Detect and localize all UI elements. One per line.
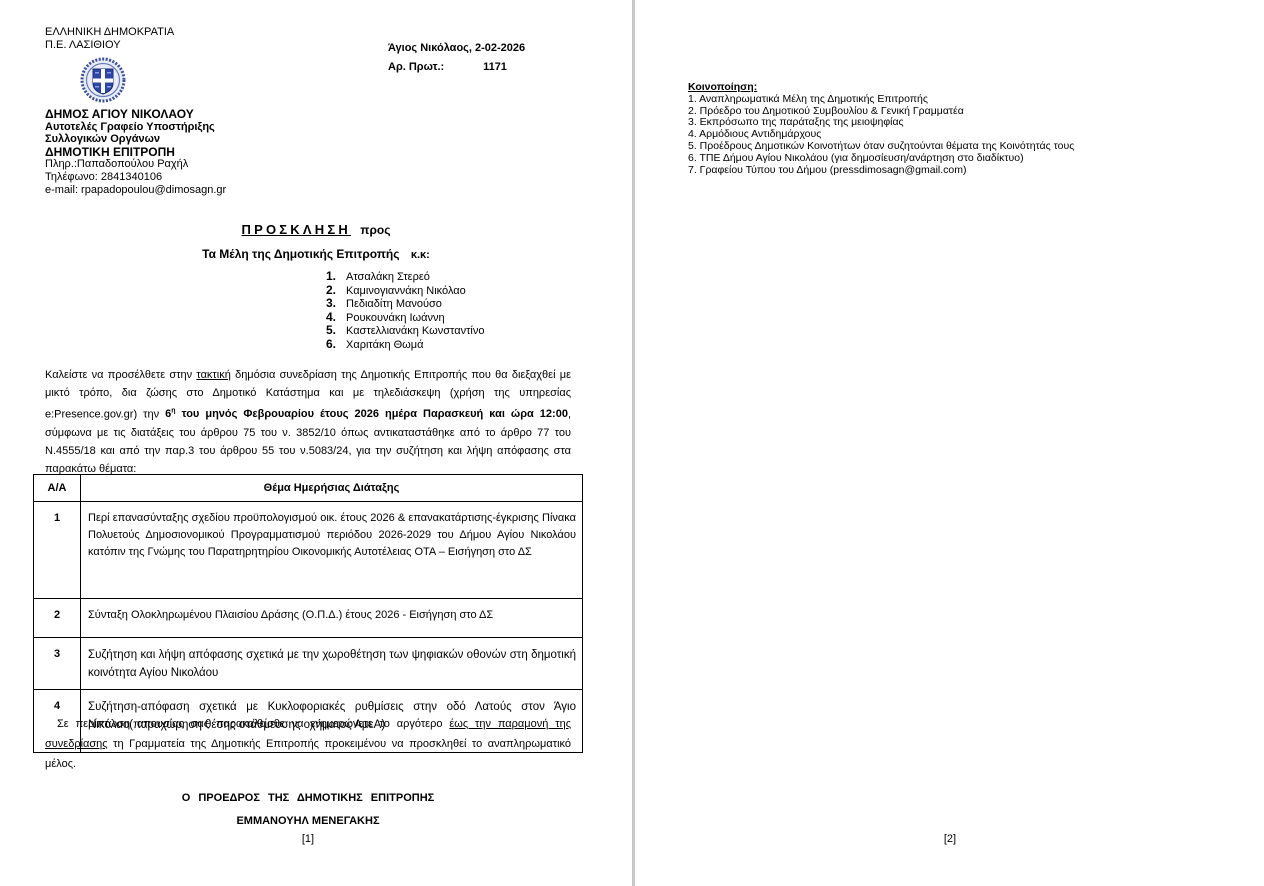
notification-item: 5. Προέδρους Δημοτικών Κοινοτήτων όταν σ… bbox=[688, 141, 1074, 153]
recipients-heading-text: Τα Μέλη της Δημοτικής Επιτροπής bbox=[202, 247, 399, 261]
contact-person: Πληρ.:Παπαδοπούλου Ραχήλ bbox=[45, 158, 226, 171]
state-header: ΕΛΛΗΝΙΚΗ ΔΗΜΟΚΡΑΤΙΑ Π.Ε. ΛΑΣΙΘΙΟΥ bbox=[45, 26, 174, 51]
page-number: [2] bbox=[635, 833, 1264, 845]
greek-coat-of-arms-icon bbox=[80, 57, 126, 103]
document-title: ΠΡΟΣΚΛΗΣΗ προς bbox=[0, 222, 632, 237]
agenda-item-subject: Συζήτηση και λήψη απόφασης σχετικά με τη… bbox=[81, 638, 583, 690]
closing-paragraph: Σε περίπτωση απουσίας σας παρακαλείσθε ν… bbox=[45, 714, 571, 774]
agenda-row: 3Συζήτηση και λήψη απόφασης σχετικά με τ… bbox=[34, 638, 583, 690]
notification-item: 6. ΤΠΕ Δήμου Αγίου Νικολάου (για δημοσίε… bbox=[688, 153, 1074, 165]
recipients-suffix: κ.κ: bbox=[411, 249, 430, 261]
agenda-item-number: 3 bbox=[34, 638, 81, 690]
member-name: Καμινογιαννάκη Νικόλαο bbox=[346, 285, 466, 297]
member-item: 3.Πεδιαδίτη Μανούσο bbox=[326, 296, 484, 310]
office-name-cont: Συλλογικών Οργάνων bbox=[45, 133, 226, 146]
member-number: 2. bbox=[326, 283, 346, 297]
member-number: 6. bbox=[326, 337, 346, 351]
member-item: 6.Χαριτάκη Θωμά bbox=[326, 337, 484, 351]
phone: Τηλέφωνο: 2841340106 bbox=[45, 171, 226, 184]
member-item: 4.Ρουκουνάκη Ιωάννη bbox=[326, 310, 484, 324]
member-item: 2.Καμινογιαννάκη Νικόλαο bbox=[326, 283, 484, 297]
place-date: Άγιος Νικόλαος, 2-02-2026 bbox=[388, 42, 525, 61]
office-name: Αυτοτελές Γραφείο Υποστήριξης bbox=[45, 121, 226, 134]
member-item: 5.Καστελλιανάκη Κωνσταντίνο bbox=[326, 323, 484, 337]
agenda-item-number: 2 bbox=[34, 599, 81, 638]
agenda-item-number: 1 bbox=[34, 502, 81, 599]
municipality-name: ΔΗΜΟΣ ΑΓΙΟΥ ΝΙΚΟΛΑΟΥ bbox=[45, 108, 226, 121]
meeting-date: 6η του μηνός Φεβρουαρίου έτους 2026 ημέρ… bbox=[165, 408, 568, 420]
signature-name: ΕΜΜΑΝΟΥΗΛ ΜΕΝΕΓΑΚΗΣ bbox=[0, 815, 616, 827]
member-number: 3. bbox=[326, 296, 346, 310]
agenda-item-subject: Περί επανασύνταξης σχεδίου προϋπολογισμο… bbox=[81, 502, 583, 599]
title-main: ΠΡΟΣΚΛΗΣΗ bbox=[242, 222, 351, 237]
header-line: ΕΛΛΗΝΙΚΗ ΔΗΜΟΚΡΑΤΙΑ bbox=[45, 26, 174, 39]
agenda-table: Α/Α Θέμα Ημερήσιας Διάταξης 1Περί επανασ… bbox=[33, 474, 583, 753]
date-protocol-block: Άγιος Νικόλαος, 2-02-2026 Αρ. Πρωτ.: 117… bbox=[388, 42, 525, 80]
member-name: Ρουκουνάκη Ιωάννη bbox=[346, 312, 445, 324]
organization-block: ΔΗΜΟΣ ΑΓΙΟΥ ΝΙΚΟΛΑΟΥ Αυτοτελές Γραφείο Υ… bbox=[45, 108, 226, 196]
member-item: 1.Ατσαλάκη Στερεό bbox=[326, 269, 484, 283]
agenda-row: 1Περί επανασύνταξης σχεδίου προϋπολογισμ… bbox=[34, 502, 583, 599]
member-name: Καστελλιανάκη Κωνσταντίνο bbox=[346, 325, 484, 337]
title-suffix: προς bbox=[360, 223, 390, 237]
protocol-label: Αρ. Πρωτ.: bbox=[388, 61, 480, 73]
signature-role: Ο ΠΡΟΕΔΡΟΣ ΤΗΣ ΔΗΜΟΤΙΚΗΣ ΕΠΙΤΡΟΠΗΣ bbox=[0, 792, 616, 804]
member-number: 1. bbox=[326, 269, 346, 283]
header-line: Π.Ε. ΛΑΣΙΘΙΟΥ bbox=[45, 39, 174, 52]
meeting-type: τακτική bbox=[196, 369, 230, 381]
member-name: Ατσαλάκη Στερεό bbox=[346, 271, 430, 283]
member-name: Χαριτάκη Θωμά bbox=[346, 339, 423, 351]
intro-paragraph: Καλείστε να προσέλθετε στην τακτική δημό… bbox=[45, 366, 571, 478]
document-page-2: Κοινοποίηση: 1. Αναπληρωματικά Μέλη της … bbox=[635, 0, 1264, 886]
agenda-row: 2Σύνταξη Ολοκληρωμένου Πλαισίου Δράσης (… bbox=[34, 599, 583, 638]
notification-item: 7. Γραφείου Τύπου του Δήμου (pressdimosa… bbox=[688, 165, 1074, 177]
document-page-1: ΕΛΛΗΝΙΚΗ ΔΗΜΟΚΡΑΤΙΑ Π.Ε. ΛΑΣΙΘΙΟΥ ΔΗΜΟΣ … bbox=[0, 0, 632, 886]
agenda-item-subject: Σύνταξη Ολοκληρωμένου Πλαισίου Δράσης (Ο… bbox=[81, 599, 583, 638]
column-header-number: Α/Α bbox=[34, 475, 81, 502]
notification-item: 1. Αναπληρωματικά Μέλη της Δημοτικής Επι… bbox=[688, 94, 1074, 106]
member-number: 5. bbox=[326, 323, 346, 337]
member-number: 4. bbox=[326, 310, 346, 324]
committee-name: ΔΗΜΟΤΙΚΗ ΕΠΙΤΡΟΠΗ bbox=[45, 146, 226, 159]
email: e-mail: rpapadopoulou@dimosagn.gr bbox=[45, 184, 226, 197]
column-header-subject: Θέμα Ημερήσιας Διάταξης bbox=[81, 475, 583, 502]
member-list: 1.Ατσαλάκη Στερεό2.Καμινογιαννάκη Νικόλα… bbox=[326, 269, 484, 351]
page-number: [1] bbox=[0, 833, 616, 845]
protocol-number: 1171 bbox=[483, 61, 507, 73]
member-name: Πεδιαδίτη Μανούσο bbox=[346, 298, 442, 310]
recipients-heading: Τα Μέλη της Δημοτικής Επιτροπής κ.κ: bbox=[0, 247, 632, 261]
notification-list: Κοινοποίηση: 1. Αναπληρωματικά Μέλη της … bbox=[688, 82, 1074, 176]
